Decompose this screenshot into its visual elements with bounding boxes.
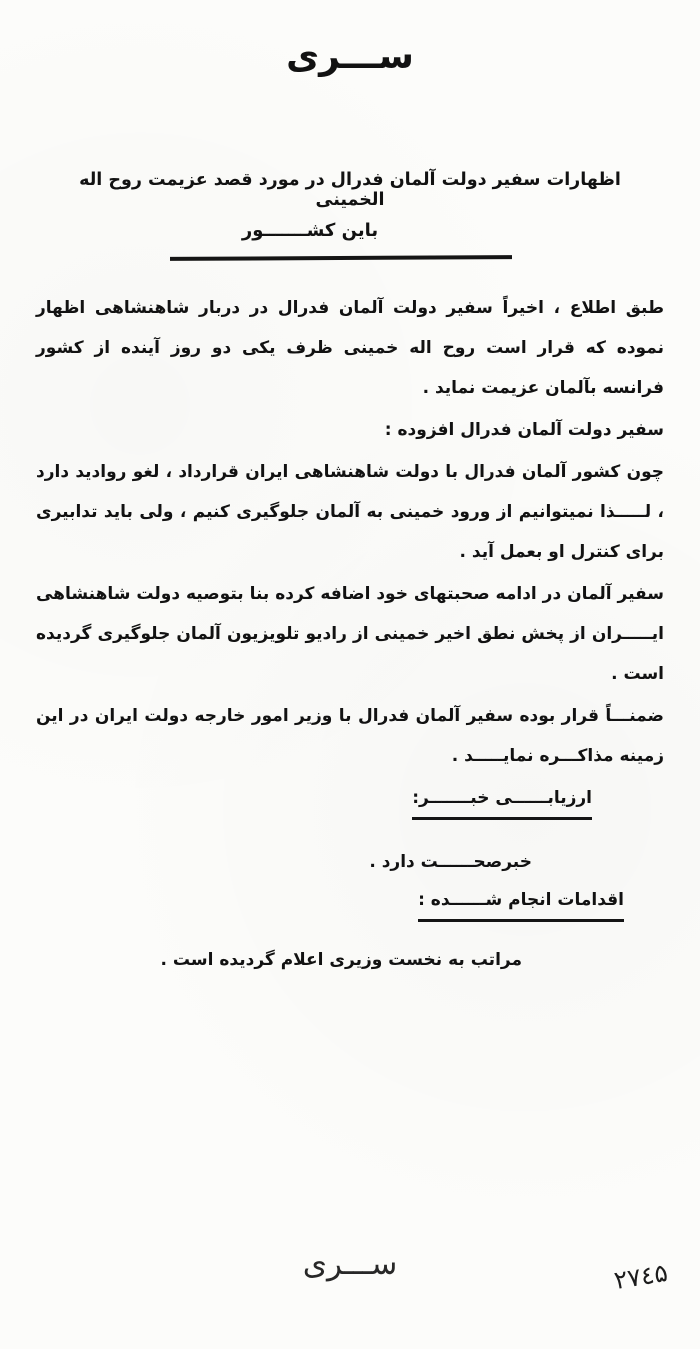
classification-stamp-bottom: ســـری <box>0 1246 700 1282</box>
actions-taken-text: مراتب به نخست وزیری اعلام گردیده است . <box>161 950 522 970</box>
body-paragraph-1: طبق اطلاع ، اخیراً سفیر دولت آلمان فدرال… <box>36 288 664 408</box>
evaluation-heading: ارزیابــــــی خبـــــــر: <box>412 788 592 820</box>
document-title-line-2: باین کشـــــــور <box>210 220 410 241</box>
body-paragraph-3: چون کشور آلمان فدرال با دولت شاهنشاهی ای… <box>36 452 664 572</box>
document-title-line-1: اظهارات سفیر دولت آلمان فدرال در مورد قص… <box>50 170 650 210</box>
actions-taken-heading: اقدامات انجام شــــــده : <box>418 890 624 922</box>
evaluation-assessment: خبرصحــــــت دارد . <box>369 852 532 872</box>
body-paragraph-5: ضمنـــاً قرار بوده سفیر آلمان فدرال با و… <box>36 696 664 776</box>
scanned-document-page: ســـری اظهارات سفیر دولت آلمان فدرال در … <box>0 0 700 1349</box>
document-body: طبق اطلاع ، اخیراً سفیر دولت آلمان فدرال… <box>36 288 664 778</box>
body-paragraph-2: سفیر دولت آلمان فدرال افزوده : <box>36 410 664 450</box>
body-paragraph-4: سفیر آلمان در ادامه صحبتهای خود اضافه کر… <box>36 574 664 694</box>
classification-stamp-top: ســـری <box>0 36 700 77</box>
title-underline-rule <box>170 255 512 261</box>
